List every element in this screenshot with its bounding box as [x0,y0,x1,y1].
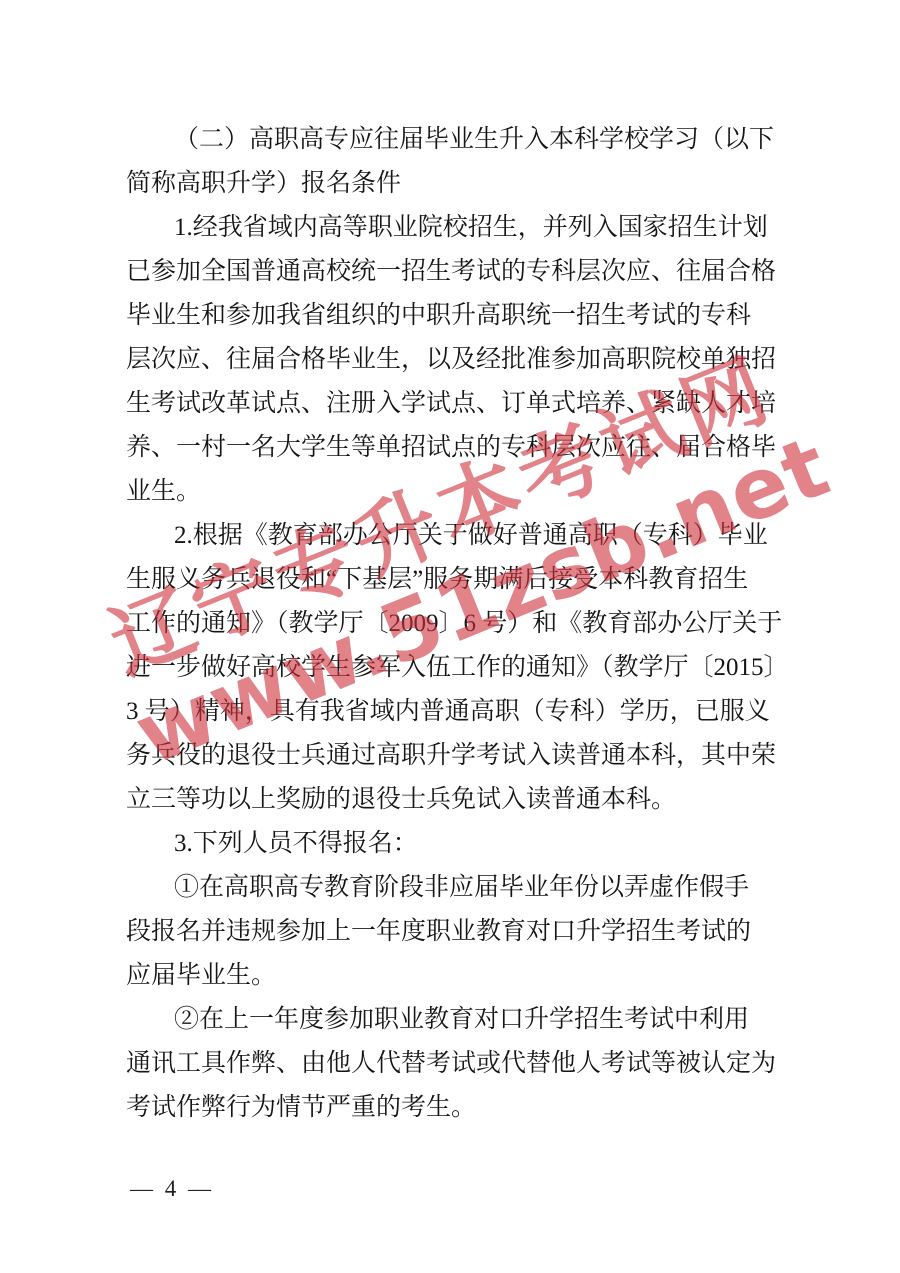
text-line: 务兵役的退役士兵通过高职升学考试入读普通本科，其中荣 [126,734,806,778]
text-line: 养、一村一名大学生等单招试点的专科层次应往、届合格毕 [126,426,806,470]
document-page: （二）高职高专应往届毕业生升入本科学校学习（以下简称高职升学）报名条件1.经我省… [0,0,900,1273]
text-line: 立三等功以上奖励的退役士兵免试入读普通本科。 [126,778,806,822]
text-line: 通讯工具作弊、由他人代替考试或代替他人考试等被认定为 [126,1042,806,1086]
text-line: 业生。 [126,470,806,514]
text-line: ②在上一年度参加职业教育对口升学招生考试中利用 [126,998,806,1042]
text-line: ①在高职高专教育阶段非应届毕业年份以弄虚作假手 [126,866,806,910]
text-line: 进一步做好高校学生参军入伍工作的通知》（教学厅〔2015〕 [126,646,806,690]
text-line: 生服义务兵退役和“下基层”服务期满后接受本科教育招生 [126,558,806,602]
text-line: 工作的通知》（教学厅〔2009〕6 号）和《教育部办公厅关于 [126,602,806,646]
text-line: 3 号）精神，具有我省域内普通高职（专科）学历，已服义 [126,690,806,734]
text-line: 3.下列人员不得报名： [126,822,806,866]
text-line: 已参加全国普通高校统一招生考试的专科层次应、往届合格 [126,250,806,294]
text-line: 2.根据《教育部办公厅关于做好普通高职（专科）毕业 [126,514,806,558]
text-line: （二）高职高专应往届毕业生升入本科学校学习（以下 [126,118,806,162]
text-line: 1.经我省域内高等职业院校招生，并列入国家招生计划 [126,206,806,250]
document-body: （二）高职高专应往届毕业生升入本科学校学习（以下简称高职升学）报名条件1.经我省… [126,118,806,1130]
text-line: 应届毕业生。 [126,954,806,998]
text-line: 考试作弊行为情节严重的考生。 [126,1086,806,1130]
text-line: 层次应、往届合格毕业生，以及经批准参加高职院校单独招 [126,338,806,382]
text-line: 段报名并违规参加上一年度职业教育对口升学招生考试的 [126,910,806,954]
text-line: 生考试改革试点、注册入学试点、订单式培养、紧缺人才培 [126,382,806,426]
text-line: 简称高职升学）报名条件 [126,162,806,206]
page-number: — 4 — [130,1176,214,1202]
text-line: 毕业生和参加我省组织的中职升高职统一招生考试的专科 [126,294,806,338]
